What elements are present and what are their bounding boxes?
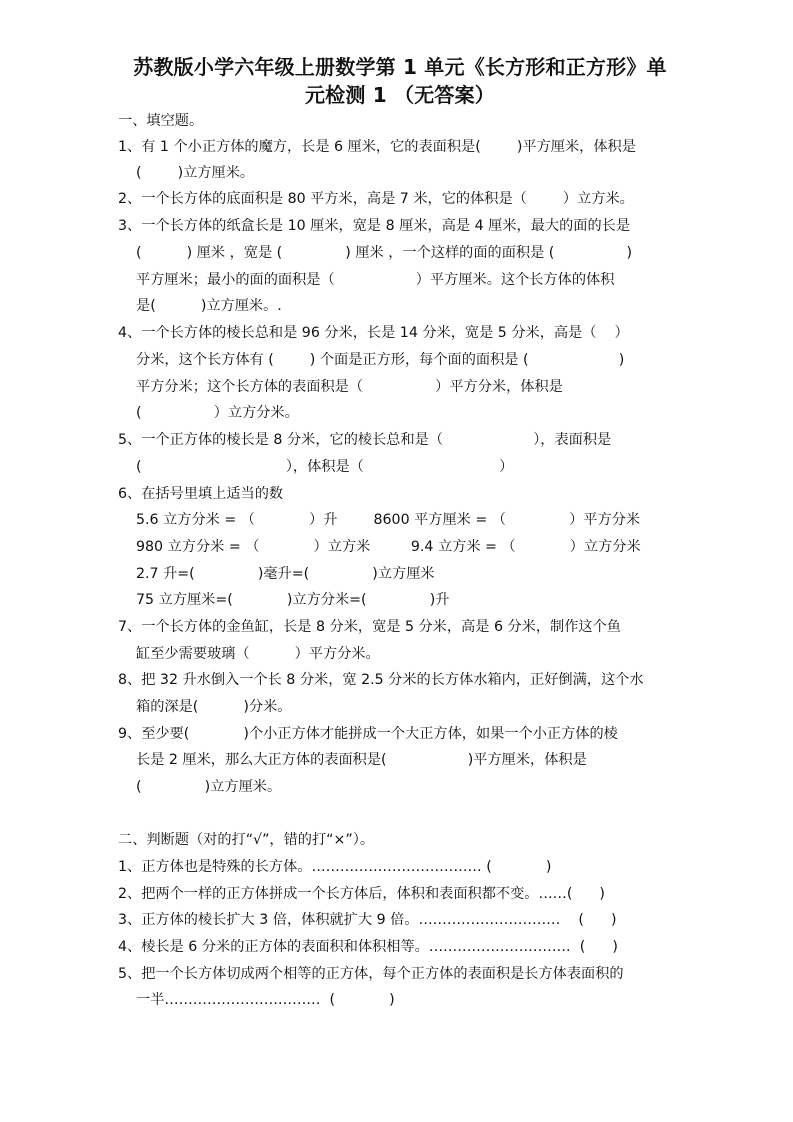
judgment-item: 4、棱长是 6 分米的正方体的表面积和体积相等。………………………… ( ) (118, 938, 618, 956)
conversion-item: 2.7 升=( )毫升=( )立方厘米 (136, 565, 435, 583)
question-line: 9、至少要( )个小正方体才能拼成一个大正方体，如果一个小正方体的棱 (118, 725, 618, 743)
question-line: 缸至少需要玻璃（ ）平方分米。 (136, 645, 380, 663)
question-line: ( ) 厘米 ，宽是 ( ) 厘米 ，一个这样的面的面积是 ( ) (136, 244, 632, 262)
question-line: 3、一个长方体的纸盒长是 10 厘米，宽是 8 厘米，高是 4 厘米，最大的面的… (118, 217, 630, 235)
question-line: 2、一个长方体的底面积是 80 平方米，高是 7 米，它的体积是（ ）立方米。 (118, 190, 634, 208)
judgment-item: 1、正方体也是特殊的长方体。……………………………… ( ) (118, 858, 551, 876)
question-line: 1、有 1 个小正方体的魔方，长是 6 厘米，它的表面积是( )平方厘米，体积是 (118, 138, 636, 156)
question-line: 平方厘米；最小的面的面积是（ ）平方厘米。这个长方体的体积 (136, 271, 614, 289)
question-line: 箱的深是( )分米。 (136, 698, 291, 716)
document-title-line-1: 苏教版小学六年级上册数学第 1 单元《长方形和正方形》单 (110, 52, 690, 82)
judgment-item: 5、把一个长方体切成两个相等的正方体，每个正方体的表面积是长方体表面积的 (118, 965, 624, 983)
document-title-line-2: 元检测 1 （无答案） (110, 80, 690, 110)
section-2-heading: 二、判断题（对的打“√”，错的打“×”）。 (118, 831, 374, 849)
judgment-item: 一半…………………………… ( ) (136, 991, 395, 1009)
section-1-heading: 一、填空题。 (118, 112, 203, 130)
question-line: ( )立方厘米。 (136, 164, 254, 182)
question-line: 6、在括号里填上适当的数 (118, 485, 283, 503)
question-line: ( )立方厘米。 (136, 778, 281, 796)
question-line: 8、把 32 升水倒入一个长 8 分米，宽 2.5 分米的长方体水箱内，正好倒满… (118, 671, 644, 689)
question-line: 7、一个长方体的金鱼缸，长是 8 分米，宽是 5 分米，高是 6 分米，制作这个… (118, 618, 621, 636)
conversion-item: 980 立方分米 = （ ）立方米 9.4 立方米 = （ ）立方分米 (136, 538, 641, 556)
question-line: 长是 2 厘米，那么大正方体的表面积是( )平方厘米，体积是 (136, 751, 587, 769)
question-line: 分米，这个长方体有 ( ) 个面是正方形，每个面的面积是 ( ) (136, 351, 624, 369)
conversion-item: 5.6 立方分米 = （ ）升 8600 平方厘米 = （ ）平方分米 (136, 511, 640, 529)
question-line: 是( )立方厘米。. (136, 297, 282, 315)
question-line: ( ）立方分米。 (136, 404, 299, 422)
document-page: 苏教版小学六年级上册数学第 1 单元《长方形和正方形》单 元检测 1 （无答案）… (0, 0, 793, 1122)
judgment-item: 3、正方体的棱长扩大 3 倍，体积就扩大 9 倍。………………………… ( ) (118, 911, 617, 929)
question-line: 5、一个正方体的棱长是 8 分米，它的棱长总和是（ ），表面积是 (118, 431, 611, 449)
question-line: 4、一个长方体的棱长总和是 96 分米，长是 14 分米，宽是 5 分米，高是（… (118, 324, 629, 342)
judgment-item: 2、把两个一样的正方体拼成一个长方体后，体积和表面积都不变。……( ) (118, 885, 605, 903)
conversion-item: 75 立方厘米=( )立方分米=( )升 (136, 591, 449, 609)
question-line: ( ），体积是（ ） (136, 458, 513, 476)
question-line: 平方分米；这个长方体的表面积是（ ）平方分米，体积是 (136, 378, 563, 396)
